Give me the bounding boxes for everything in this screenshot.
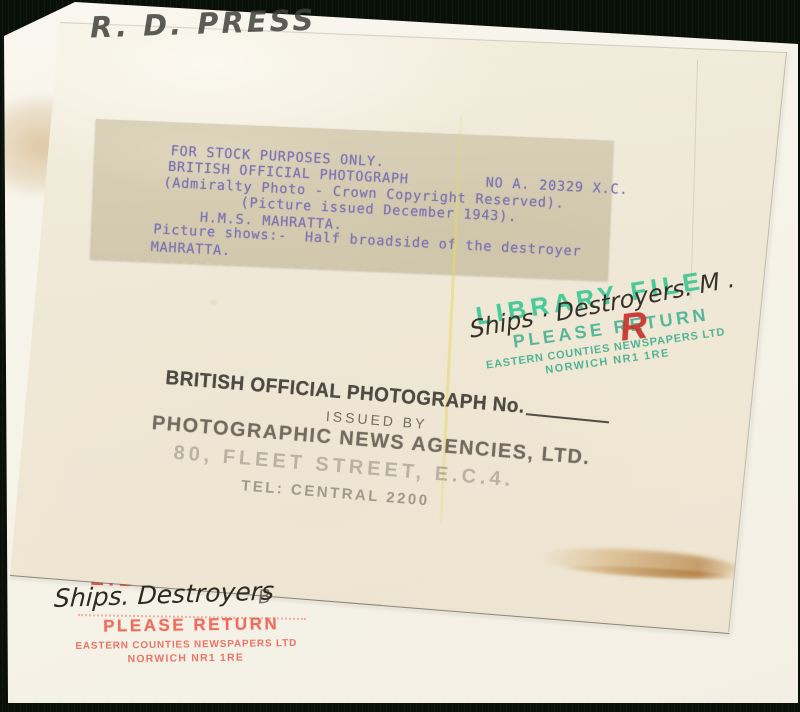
stain-speck (210, 300, 218, 305)
stamp-blank-line (526, 413, 609, 423)
return-stamp-line: EASTERN COUNTIES NEWSPAPERS LTD (75, 638, 297, 652)
photo-back-scan: LIBRARY R. D. PRESS FOR STOCK PURPOSES O… (0, 0, 800, 712)
typed-caption-label: FOR STOCK PURPOSES ONLY. BRITISH OFFICIA… (90, 119, 613, 281)
caption-line: MAHRATTA. (150, 239, 231, 259)
handwriting-stray-mark: B (257, 586, 272, 609)
return-stamp-line: PLEASE RETURN (75, 614, 297, 637)
please-return-stamp-bottom: PLEASE RETURN EASTERN COUNTIES NEWSPAPER… (75, 614, 297, 666)
red-pen-annotation: R (617, 304, 649, 350)
